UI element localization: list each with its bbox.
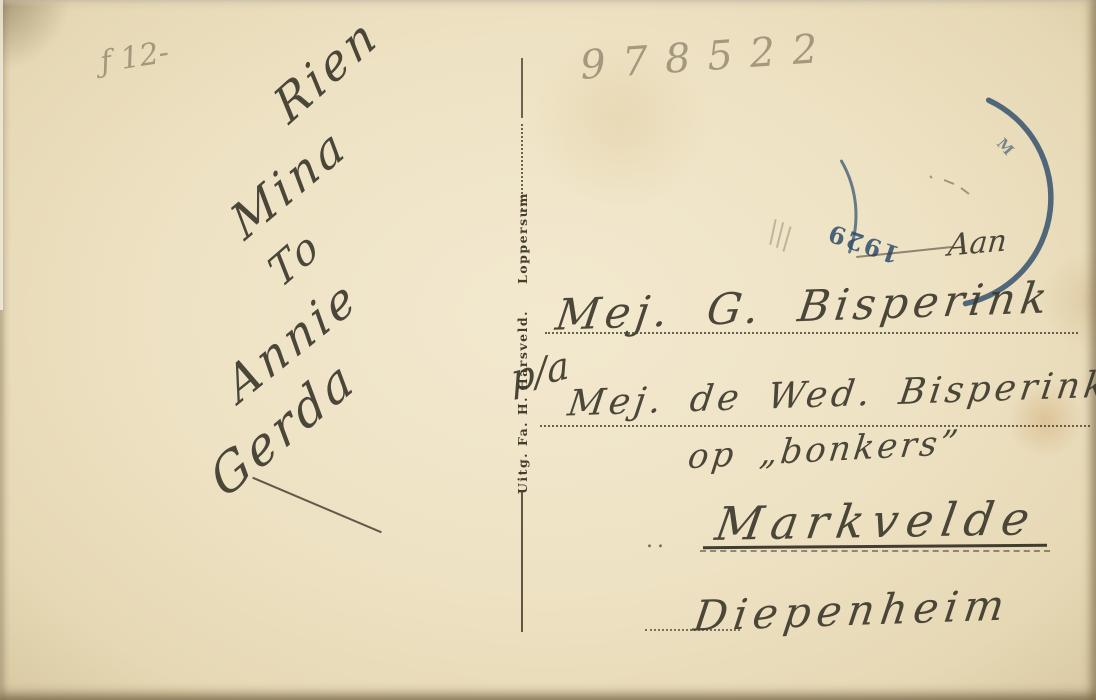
address-line-3: op „bonkers”: [686, 423, 963, 478]
address-line-5: Diepenheim: [691, 580, 1014, 640]
publisher-city: Loppersum: [515, 192, 530, 284]
pencil-scratch: [782, 226, 791, 252]
publisher-imprint: Uitg. Fa. H. Harsveld. Loppersum: [513, 203, 531, 483]
pen-dots: ..: [646, 528, 668, 553]
divider-line: [521, 58, 523, 118]
postcard-back: ƒ 12- 978522 Rien Mina To Annie Gerda Ui…: [0, 0, 1096, 700]
pencil-scratch: [776, 222, 784, 248]
divider-line: [521, 492, 523, 632]
postmark-year: 1929: [823, 218, 903, 270]
printed-address-rule: [540, 425, 1090, 427]
address-line-4: Markvelde: [712, 491, 1042, 551]
printed-address-rule: [545, 332, 1078, 334]
catalog-number: 978522: [579, 25, 836, 89]
printed-address-rule: [645, 629, 740, 631]
printed-address-rule: [700, 550, 1050, 552]
sender-names: Rien Mina To Annie Gerda: [128, 58, 462, 458]
pencil-scratch: [769, 219, 776, 245]
address-line-1: Mej. G. Bisperink: [553, 273, 1056, 341]
postmark-rim-letter: M: [993, 135, 1017, 159]
address-line-2: Mej. de Wed. Bisperink: [565, 364, 1096, 424]
publisher-name: Uitg. Fa. H. Harsveld.: [515, 310, 530, 494]
address-salutation: Aan: [947, 223, 1009, 264]
scan-edge: [0, 0, 3, 310]
pen-flourish: [252, 477, 382, 534]
